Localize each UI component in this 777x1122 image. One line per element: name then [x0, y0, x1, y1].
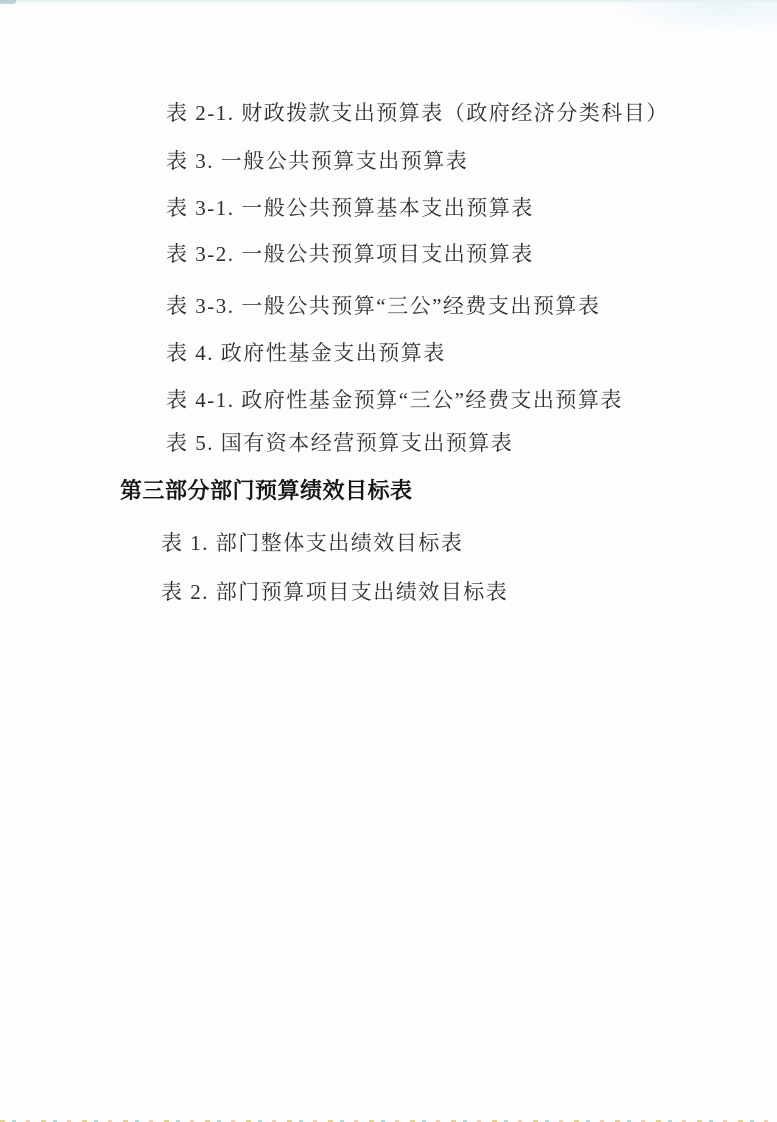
- toc-entry: 表 2. 部门预算项目支出绩效目标表: [161, 580, 508, 604]
- scan-artifact-corner-mark: [0, 0, 16, 4]
- toc-entry: 表 3-1. 一般公共预算基本支出预算表: [166, 196, 534, 220]
- scan-artifact-top-edge: [0, 0, 777, 5]
- toc-entry: 表 4-1. 政府性基金预算“三公”经费支出预算表: [166, 388, 623, 412]
- toc-entry: 表 5. 国有资本经营预算支出预算表: [166, 431, 513, 455]
- scan-artifact-top-right-patch: [607, 2, 777, 36]
- toc-entry: 表 3-2. 一般公共预算项目支出预算表: [166, 242, 534, 266]
- scanned-document-page: 表 2-1. 财政拨款支出预算表（政府经济分类科目） 表 3. 一般公共预算支出…: [0, 0, 777, 1122]
- toc-entry: 表 4. 政府性基金支出预算表: [166, 341, 446, 365]
- toc-entry: 表 3. 一般公共预算支出预算表: [166, 149, 468, 173]
- toc-entry: 表 2-1. 财政拨款支出预算表（政府经济分类科目）: [166, 101, 669, 125]
- section-heading-part3: 第三部分部门预算绩效目标表: [120, 478, 413, 504]
- toc-entry: 表 1. 部门整体支出绩效目标表: [161, 531, 463, 555]
- toc-entry: 表 3-3. 一般公共预算“三公”经费支出预算表: [166, 294, 600, 318]
